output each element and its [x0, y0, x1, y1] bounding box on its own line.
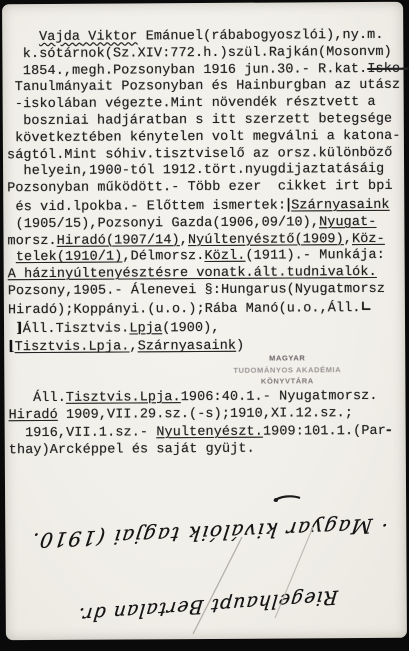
typed-line: KÖNYVTÁRA [212, 375, 362, 387]
typed-line: thay)Arcképpel és saját gyüjt. [9, 440, 406, 459]
photo-frame: Vajda Viktor Emánuel(rábabogyoszlói),ny.… [0, 0, 409, 651]
typed-line: MAGYAR [212, 352, 362, 364]
typed-line: Pozsony,1905.- Álenevei §:Hungarus(Nyuga… [8, 282, 405, 301]
library-stamp: MAGYARTUDOMÁNYOS AKADÉMIAKÖNYVTÁRA [212, 352, 362, 387]
typed-line: 1916,VII.1.sz.- Nyultenyészt.1909:101.1.… [9, 422, 406, 442]
typed-line: ]Áll.Tisztvis.Lpja(1900), [8, 317, 405, 338]
typed-body: Vajda Viktor Emánuel(rábabogyoszlói),ny.… [6, 28, 405, 358]
typed-line: TUDOMÁNYOS AKADÉMIA [212, 364, 362, 376]
typed-line: Hiradó);Koppányi.(u.o.);Rába Manó(u.o.,Á… [8, 299, 405, 320]
reference-block: Áll.Tisztvis.Lpja.1906:40.1.- Nyugatmors… [8, 388, 405, 459]
typed-line: és vid.lpokba.- Előttem ismertek:|Szárny… [7, 196, 404, 217]
